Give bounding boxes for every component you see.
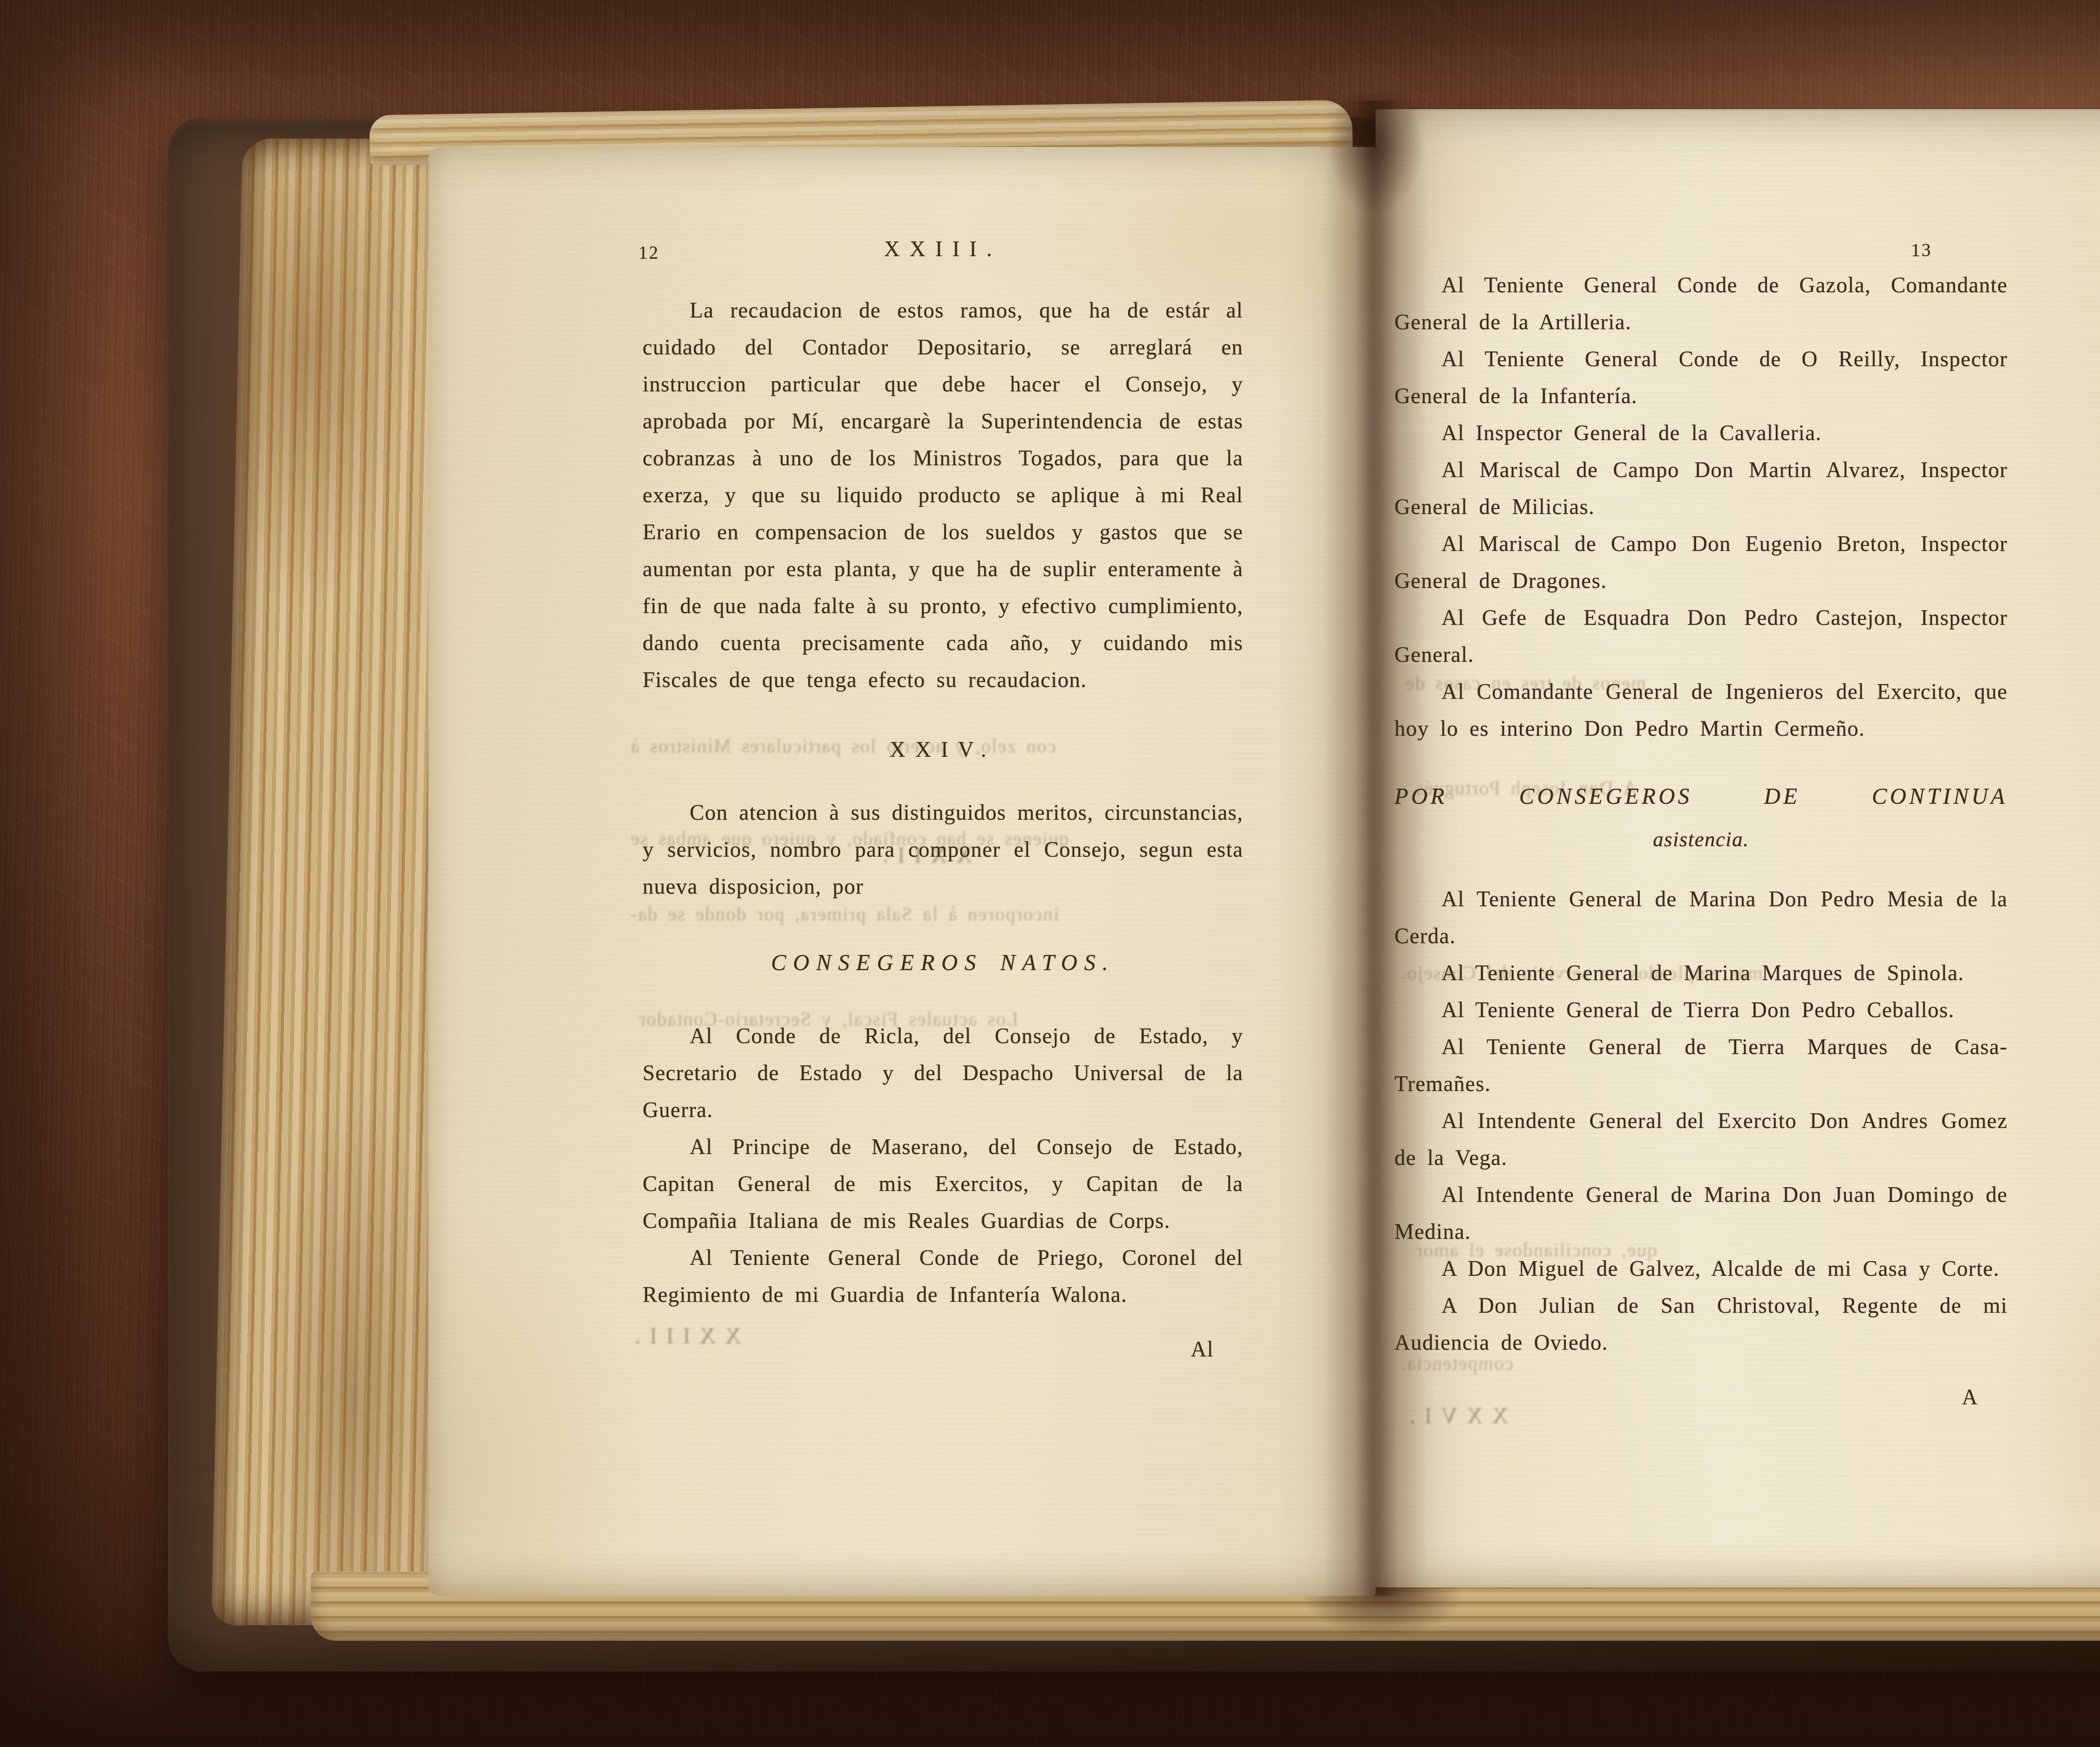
consejo-entry: Al Comandante General de Ingenieros del … (1394, 674, 2008, 748)
natos-entry: Al Teniente General Conde de Priego, Cor… (643, 1240, 1243, 1314)
section-xxiii-paragraph: La recaudacion de estos ramos, que ha de… (643, 292, 1243, 699)
consejo-entry: Al Teniente General Conde de Gazola, Com… (1394, 267, 2008, 341)
continua-heading: POR CONSEGEROS DE CONTINUA (1394, 778, 2008, 815)
left-page: con zelo, y acierto los particulares Min… (428, 147, 1375, 1596)
page-number-12: 12 (638, 234, 659, 271)
consejo-entry: Al Intendente General de Marina Don Juan… (1394, 1177, 2008, 1251)
consejo-entry: Al Teniente General de Tierra Don Pedro … (1394, 992, 2008, 1029)
consejo-entry: Al Teniente General de Marina Marques de… (1394, 955, 2008, 992)
section-heading-xxiv: XXIV. (643, 732, 1243, 769)
section-heading-xxiii: XXIII. (643, 231, 1243, 268)
consejo-entry: Al Teniente General de Tierra Marques de… (1394, 1029, 2008, 1103)
consejo-entry: Al Intendente General del Exercito Don A… (1394, 1103, 2008, 1177)
left-page-text-column: 12 XXIII. La recaudacion de estos ramos,… (643, 231, 1243, 1368)
photo-of-open-book-on-table: con zelo, y acierto los particulares Min… (0, 0, 2100, 1747)
page-number-13: 13 (1911, 232, 1932, 269)
right-page-text-column: 13 Al Teniente General Conde de Gazola, … (1394, 231, 2008, 1416)
consejo-entry: Al Gefe de Esquadra Don Pedro Castejon, … (1394, 600, 2008, 674)
consegeros-natos-heading: CONSEGEROS NATOS. (643, 944, 1243, 981)
natos-entry: Al Conde de Ricla, del Consejo de Estado… (643, 1018, 1243, 1129)
consejo-entry: Al Teniente General Conde de O Reilly, I… (1394, 341, 2008, 415)
catchword-left: Al (643, 1331, 1243, 1368)
natos-entry: Al Principe de Maserano, del Consejo de … (643, 1129, 1243, 1240)
consejo-entry: Al Inspector General de la Cavalleria. (1394, 415, 2008, 452)
catchword-right: A (1394, 1379, 2008, 1416)
right-page: menos de tres en casos de A Don Joseph P… (1375, 109, 2100, 1587)
section-xxiv-paragraph: Con atencion à sus distinguidos meritos,… (643, 795, 1243, 905)
consejo-entry: A Don Miguel de Galvez, Alcalde de mi Ca… (1394, 1251, 2008, 1288)
consejo-entry: Al Mariscal de Campo Don Martin Alvarez,… (1394, 452, 2008, 526)
consejo-entry: Al Teniente General de Marina Don Pedro … (1394, 881, 2008, 955)
consejo-entry: Al Mariscal de Campo Don Eugenio Breton,… (1394, 526, 2008, 600)
continua-subheading: asistencia. (1394, 821, 2008, 858)
consejo-entry: A Don Julian de San Christoval, Regente … (1394, 1288, 2008, 1361)
